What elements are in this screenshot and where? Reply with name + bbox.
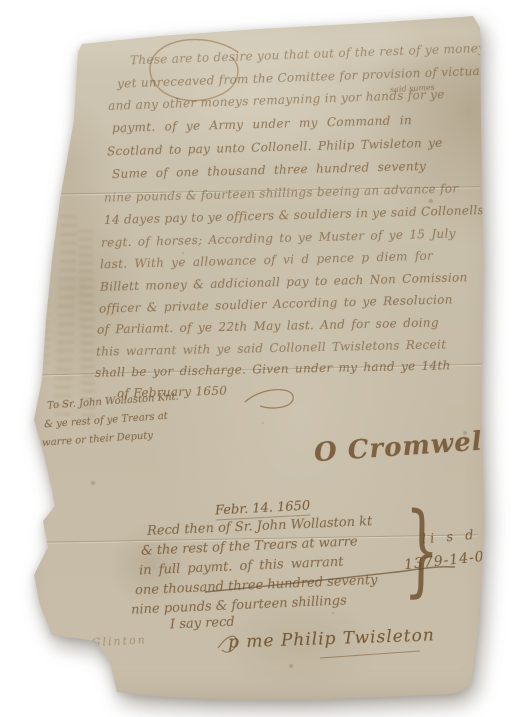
- receipt-brace: }: [403, 499, 440, 601]
- ink-showthrough: [78, 230, 95, 420]
- cromwell-signature: O Cromwell: [313, 426, 494, 468]
- photograph-of-manuscript: These are to desire you that out of the …: [0, 0, 512, 717]
- body-line: nine pounds & fourteen shillings beeing …: [104, 181, 459, 204]
- body-line: this warrant with ye said Collonell Twis…: [96, 337, 446, 358]
- witness-mark: wittm Glinton: [44, 633, 147, 651]
- ink-showthrough: [55, 215, 78, 415]
- twisleton-countersignature: p me Philip Twisleton: [228, 625, 435, 652]
- body-line: regt. of horses; According to ye Muster …: [101, 226, 456, 249]
- body-line: of Parliamt. of ye 22th May last. And fo…: [97, 315, 439, 336]
- manuscript-paper: These are to desire you that out of the …: [0, 0, 512, 717]
- body-line: 14 dayes pay to ye officers & souldiers …: [104, 203, 484, 227]
- ink-showthrough: [40, 250, 50, 370]
- body-line: Scotland to pay unto Collonell. Philip T…: [107, 136, 443, 159]
- body-line: shall be yor discharge. Given under my h…: [95, 358, 451, 379]
- countersignature-underline: [320, 651, 420, 658]
- foxing-spots: [0, 0, 2, 2]
- body-line: last. With ye allowance of vi d pence p …: [100, 249, 433, 272]
- body-line: paymt. of ye Army under my Command in: [112, 113, 412, 135]
- body-line: Sume of one thousand three hundred seven…: [112, 159, 426, 181]
- date-flourish: [245, 390, 293, 408]
- receipt-line: I say recd: [170, 615, 235, 633]
- body-line: Billett money & addicionall pay to each …: [100, 270, 468, 294]
- paper-shadow: These are to desire you that out of the …: [0, 0, 512, 717]
- address-line: warre or their Deputy: [42, 430, 154, 449]
- body-line: officer & private souldier According to …: [99, 292, 453, 315]
